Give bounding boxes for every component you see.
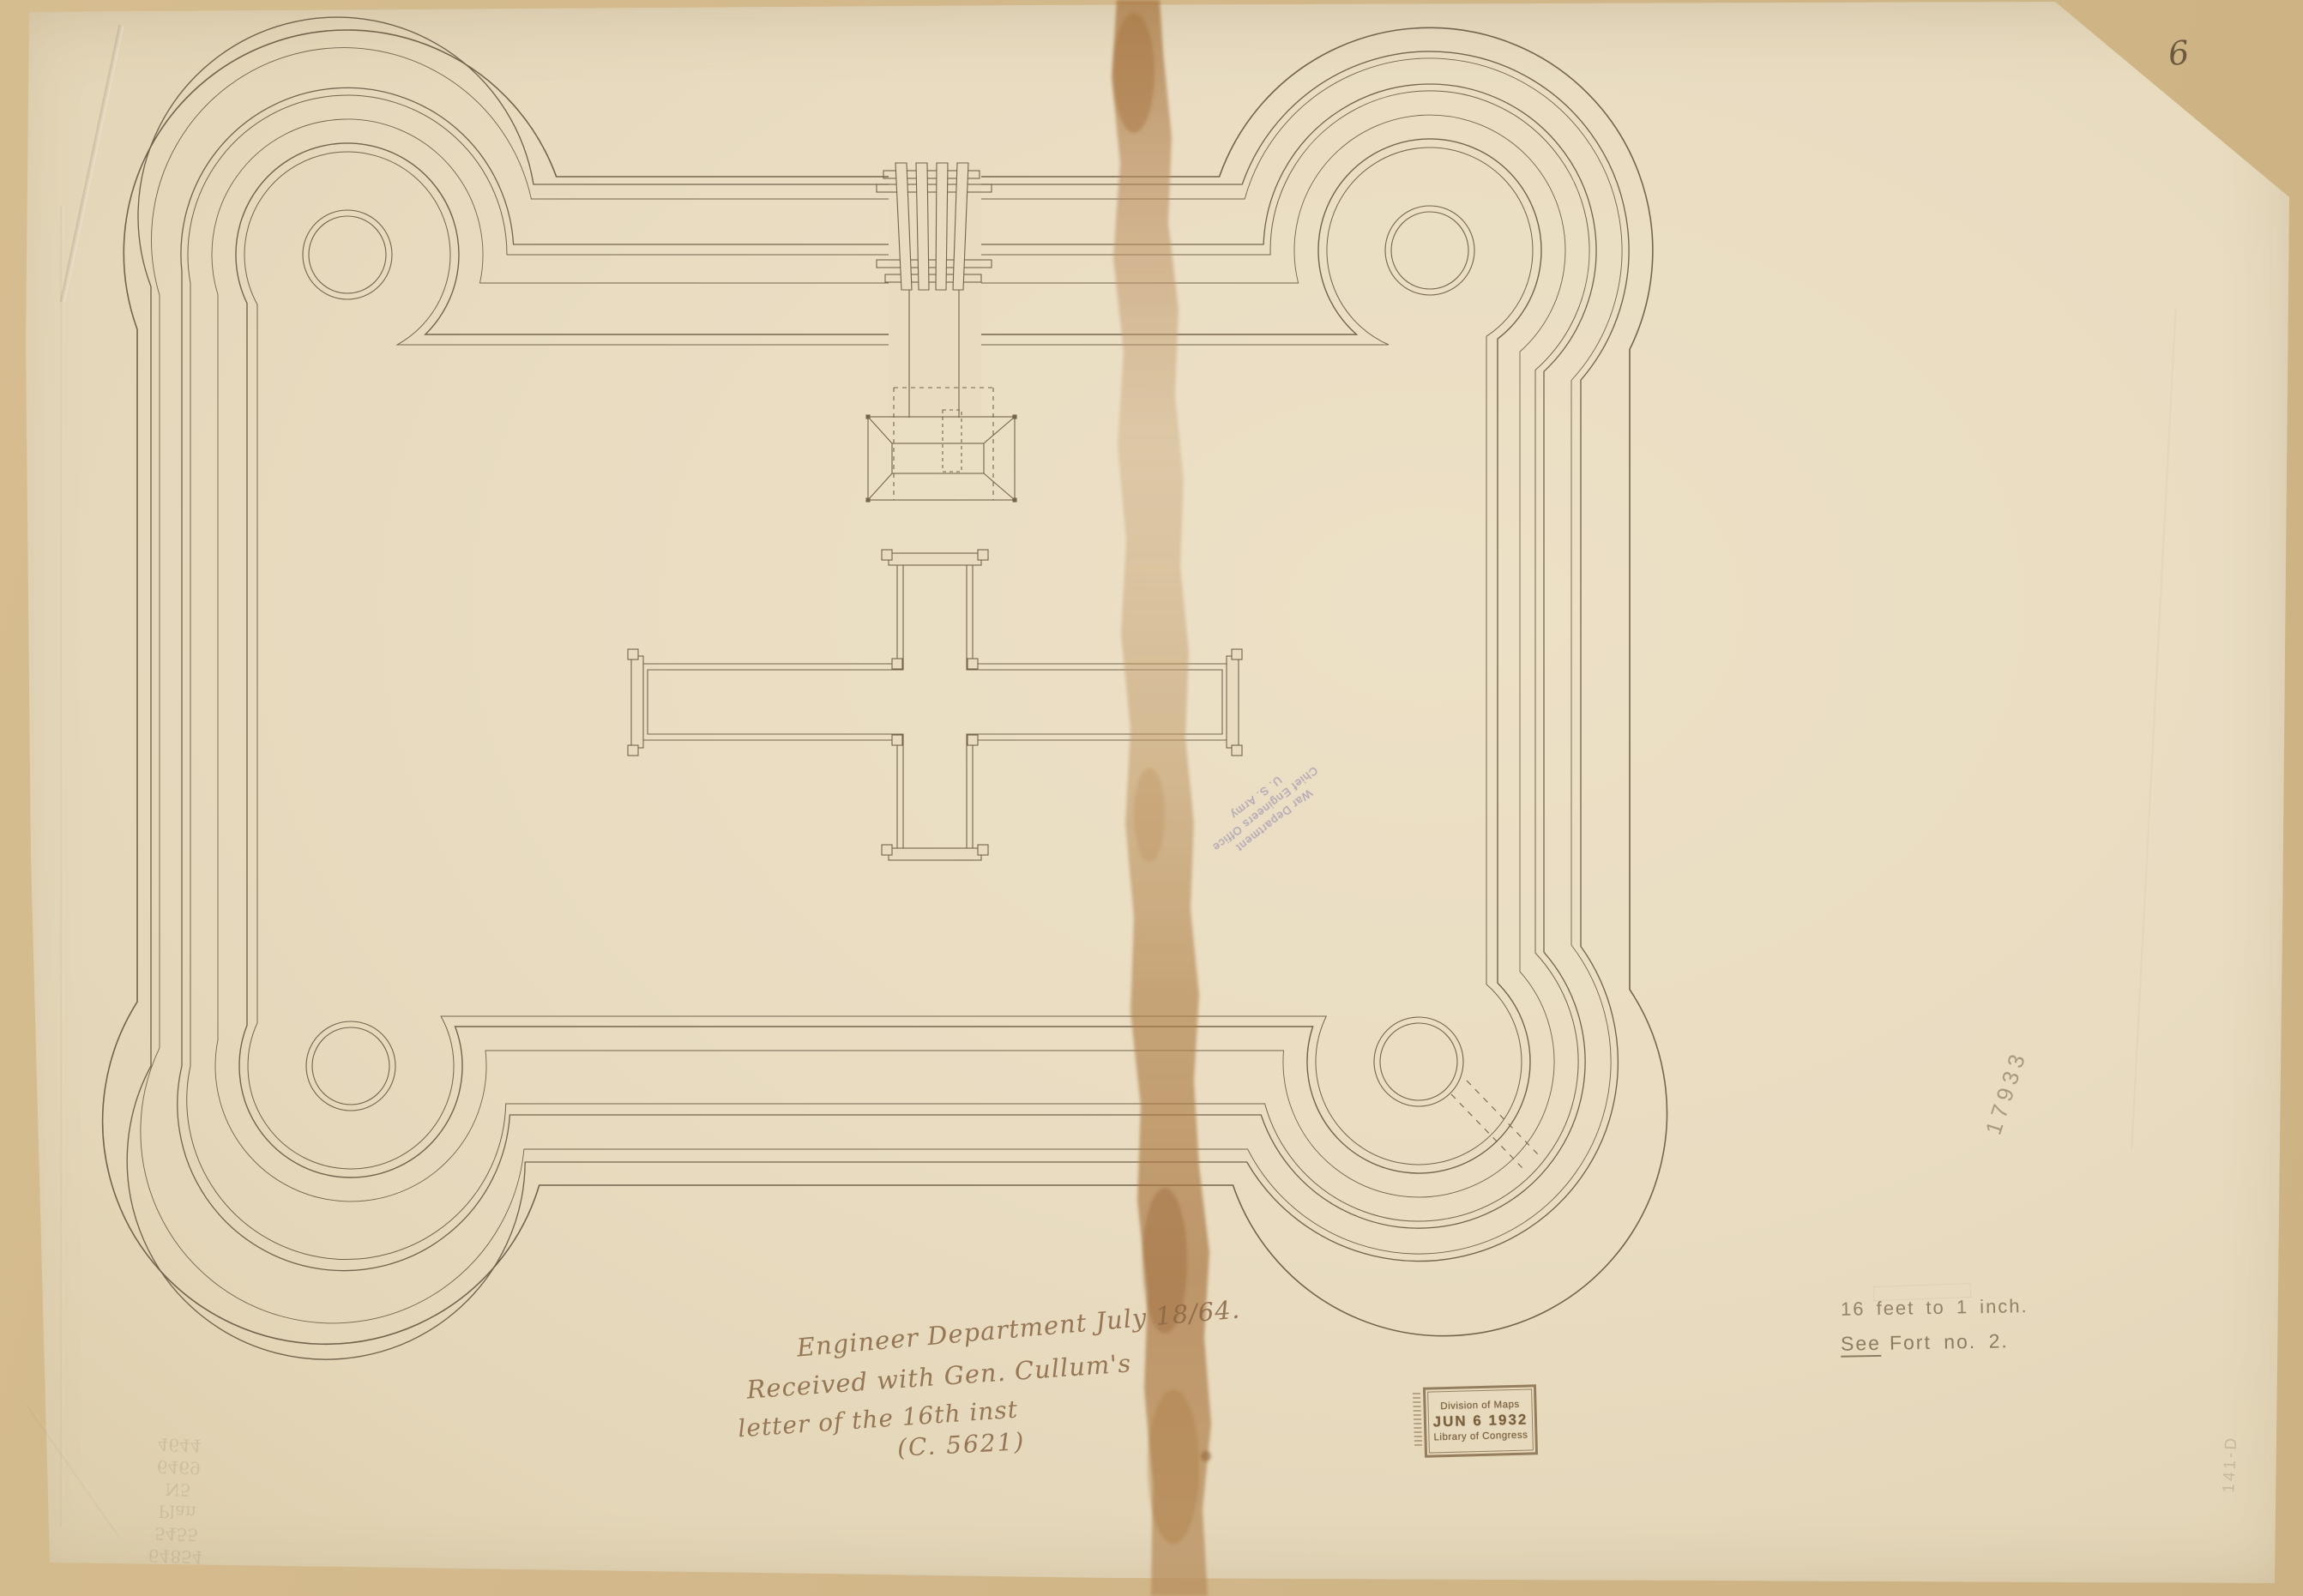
stamp-date-line: JUN 6 1932 bbox=[1432, 1412, 1528, 1431]
stamp-library-line: Library of Congress bbox=[1433, 1430, 1528, 1443]
see-word-underlined: See bbox=[1841, 1332, 1881, 1358]
fort-outline-rings bbox=[103, 17, 1667, 1359]
bleed-through-ghost-text: 64854 5455 Plan N5 6469 4644 bbox=[119, 1432, 235, 1569]
scanned-sheet-stage: 6 Engineer Department July 18/64. Receiv… bbox=[0, 0, 2303, 1596]
see-note-rest: Fort no. 2. bbox=[1890, 1329, 2009, 1353]
pencil-edge-mark: 141-D bbox=[2220, 1435, 2241, 1493]
fort-plan-drawing bbox=[0, 0, 2303, 1596]
pencil-see-note: SeeFort no. 2. bbox=[1841, 1329, 2009, 1355]
stamp-division-line: Division of Maps bbox=[1440, 1400, 1520, 1412]
library-of-congress-stamp: Division of Maps JUN 6 1932 Library of C… bbox=[1423, 1384, 1538, 1457]
pencil-scale-note: 16 feet to 1 inch. bbox=[1841, 1295, 2029, 1321]
folio-number: 6 bbox=[2167, 33, 2191, 73]
